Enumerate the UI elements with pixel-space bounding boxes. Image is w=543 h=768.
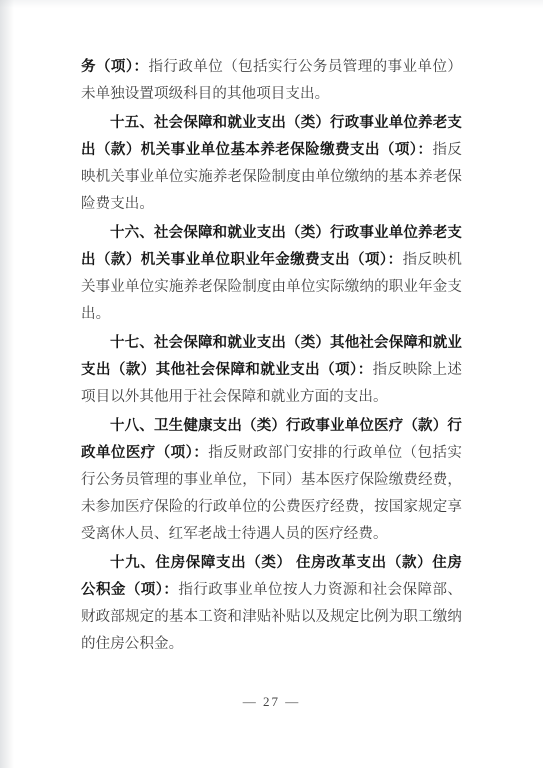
paragraph-item-18: 十八、卫生健康支出（类）行政事业单位医疗（款）行政单位医疗（项）：指反财政部门安… — [81, 413, 462, 548]
paragraph-item-15: 十五、社会保障和就业支出（类）行政事业单位养老支出（款）机关事业单位基本养老保险… — [81, 110, 462, 218]
document-text-block: 务（项）：指行政单位（包括实行公务员管理的事业单位）未单独设置项级科目的其他项目… — [81, 54, 462, 660]
paragraph-continuation: 务（项）：指行政单位（包括实行公务员管理的事业单位）未单独设置项级科目的其他项目… — [81, 54, 462, 108]
page-number: — 27 — — [0, 694, 543, 710]
paragraph-item-16: 十六、社会保障和就业支出（类）行政事业单位养老支出（款）机关事业单位职业年金缴费… — [81, 220, 462, 328]
document-page: 务（项）：指行政单位（包括实行公务员管理的事业单位）未单独设置项级科目的其他项目… — [0, 0, 543, 768]
paragraph-lead: 务（项）： — [81, 59, 148, 75]
scan-shadow-top — [0, 0, 543, 8]
paragraph-lead: 十五、社会保障和就业支出（类）行政事业单位养老支出（款）机关事业单位基本养老保险… — [81, 115, 462, 158]
paragraph-item-17: 十七、社会保障和就业支出（类）其他社会保障和就业支出（款）其他社会保障和就业支出… — [81, 330, 462, 411]
scan-shadow-left — [0, 0, 14, 768]
paragraph-item-19: 十九、住房保障支出（类） 住房改革支出（款）住房公积金（项）：指行政事业单位按人… — [81, 550, 462, 658]
